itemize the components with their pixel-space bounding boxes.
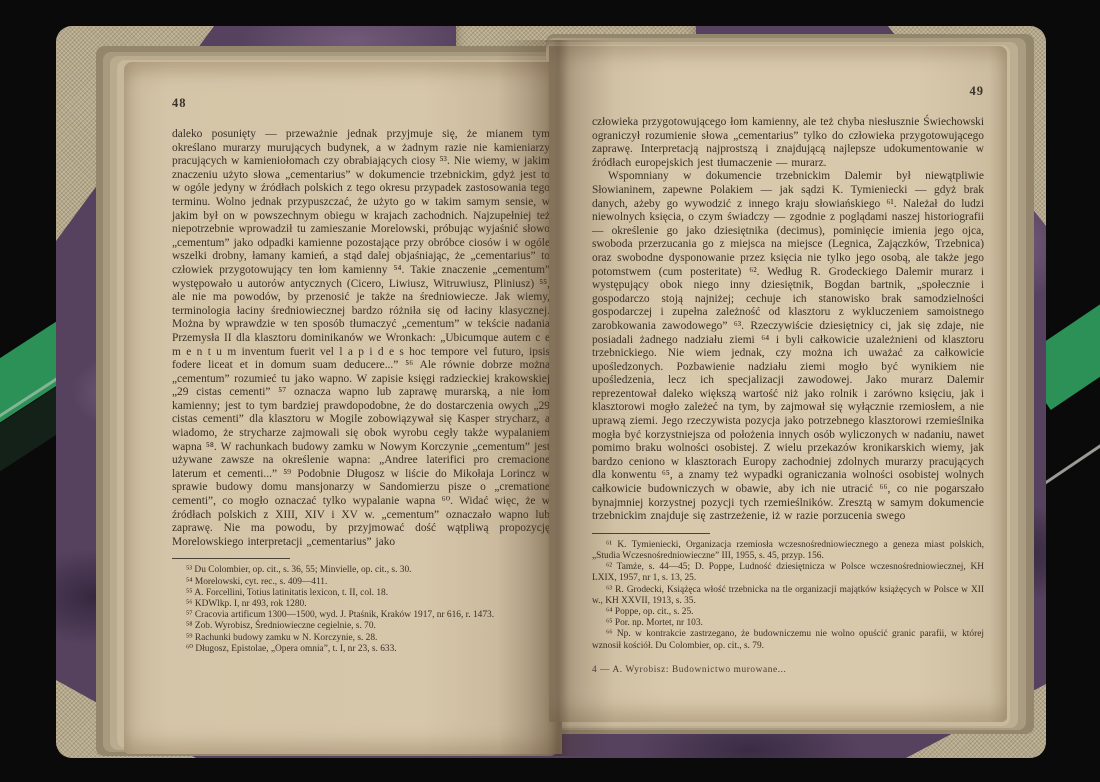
footnote: ⁵⁶ KDWlkp. I, nr 493, rok 1280. (172, 599, 550, 610)
printer-signature-line: 4 — A. Wyrobisz: Budownictwo murowane... (592, 665, 984, 675)
footnote: ⁵³ Du Colombier, op. cit., s. 36, 55; Mi… (172, 565, 550, 576)
footnote: ⁶² Tamże, s. 44—45; D. Poppe, Ludność dz… (592, 562, 984, 584)
footnote: ⁶¹ K. Tymieniecki, Organizacja rzemiosła… (592, 540, 984, 562)
footnote-rule-left (172, 558, 290, 559)
page-number-left: 48 (172, 96, 550, 111)
page-right: 49 człowieka przygotowującego łom kamien… (549, 46, 1007, 722)
footnote: ⁶³ R. Grodecki, Książęca włość trzebnick… (592, 585, 984, 607)
footnote: ⁵⁸ Zob. Wyrobisz, Średniowieczne cegieln… (172, 621, 550, 632)
body-text-right: człowieka przygotowującego łom kamienny,… (592, 116, 984, 524)
footnote: ⁵⁴ Morelowski, cyt. rec., s. 409—411. (172, 577, 550, 588)
footnote: ⁵⁵ A. Forcellini, Totius latinitatis lex… (172, 588, 550, 599)
footnote: ⁵⁷ Cracovia artificum 1300—1500, wyd. J.… (172, 610, 550, 621)
footnotes-left: ⁵³ Du Colombier, op. cit., s. 36, 55; Mi… (172, 565, 550, 655)
paragraph: daleko posunięty — przeważnie jednak prz… (172, 128, 550, 549)
footnote: ⁶⁶ Np. w kontrakcie zastrzegano, że budo… (592, 629, 984, 651)
paragraph: człowieka przygotowującego łom kamienny,… (592, 116, 984, 170)
footnote: ⁶⁴ Poppe, op. cit., s. 25. (592, 607, 984, 618)
footnote: ⁵⁹ Rachunki budowy zamku w N. Korczynie,… (172, 633, 550, 644)
page-number-right: 49 (592, 84, 984, 99)
paragraph: Wspomniany w dokumencie trzebnickim Dale… (592, 170, 984, 523)
footnote-rule-right (592, 533, 710, 534)
body-text-left: daleko posunięty — przeważnie jednak prz… (172, 128, 550, 549)
footnote: ⁶⁵ Por. np. Mortet, nr 103. (592, 618, 984, 629)
footnote: ⁶⁰ Długosz, Epistolae, „Opera omnia”, t.… (172, 644, 550, 655)
photo-background: 48 daleko posunięty — przeważnie jednak … (0, 0, 1100, 782)
page-left: 48 daleko posunięty — przeważnie jednak … (124, 62, 562, 754)
footnotes-right: ⁶¹ K. Tymieniecki, Organizacja rzemiosła… (592, 540, 984, 652)
